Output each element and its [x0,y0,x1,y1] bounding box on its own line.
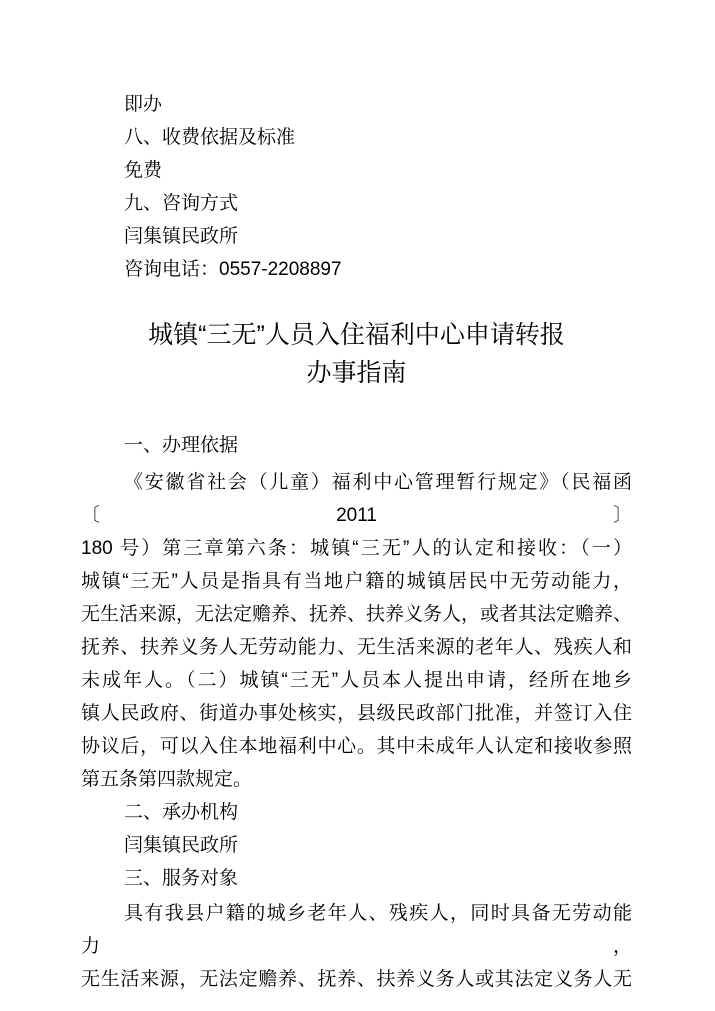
intro-line-agency: 闫集镇民政所 [81,220,632,253]
paragraph-line: 无生活来源，无法定赡养、抚养、扶养义务人，或者其法定赡养、 [81,598,632,631]
document-title-line-2: 办事指南 [81,354,632,392]
document-content: 即办 八、收费依据及标准 免费 九、咨询方式 闫集镇民政所 咨询电话：0557-… [0,0,715,996]
paragraph-line: 镇人民政府、街道办事处核实，县级民政部门批准，并签订入住 [81,697,632,730]
paragraph-line: 未成年人。（二）城镇“三无”人员本人提出申请，经所在地乡 [81,664,632,697]
section-basis-paragraph: 《安徽省社会（儿童）福利中心管理暂行规定》（民福函〔2011〕 180 号）第三… [81,466,632,796]
paragraph-line: 180 号）第三章第六条：城镇“三无”人的认定和接收：（一） [81,532,632,565]
section-heading-basis: 一、办理依据 [81,429,632,462]
paragraph-line: 具有我县户籍的城乡老年人、残疾人，同时具备无劳动能力， [81,897,632,963]
document-title-line-1: 城镇“三无”人员入住福利中心申请转报 [81,316,632,354]
section-heading-agency: 二、承办机构 [81,796,632,829]
intro-line-phone: 咨询电话：0557-2208897 [81,253,632,286]
intro-heading-fees: 八、收费依据及标准 [81,121,632,154]
document-page: 即办 八、收费依据及标准 免费 九、咨询方式 闫集镇民政所 咨询电话：0557-… [0,0,715,1011]
paragraph-line: 协议后，可以入住本地福利中心。其中未成年人认定和接收参照 [81,730,632,763]
intro-heading-contact: 九、咨询方式 [81,187,632,220]
paragraph-line: 城镇“三无”人员是指具有当地户籍的城镇居民中无劳动能力， [81,565,632,598]
intro-line-status: 即办 [81,88,632,121]
intro-line-fee-value: 免费 [81,154,632,187]
paragraph-line: 第五条第四款规定。 [81,763,632,796]
section-agency-body: 闫集镇民政所 [81,829,632,862]
paragraph-line: 《安徽省社会（儿童）福利中心管理暂行规定》（民福函〔2011〕 [81,466,632,532]
section-heading-audience: 三、服务对象 [81,862,632,895]
paragraph-line: 无生活来源，无法定赡养、抚养、扶养义务人或其法定义务人无 [81,963,632,996]
paragraph-line: 抚养、扶养义务人无劳动能力、无生活来源的老年人、残疾人和 [81,631,632,664]
document-title: 城镇“三无”人员入住福利中心申请转报 办事指南 [81,316,632,392]
section-audience-paragraph: 具有我县户籍的城乡老年人、残疾人，同时具备无劳动能力， 无生活来源，无法定赡养、… [81,897,632,996]
